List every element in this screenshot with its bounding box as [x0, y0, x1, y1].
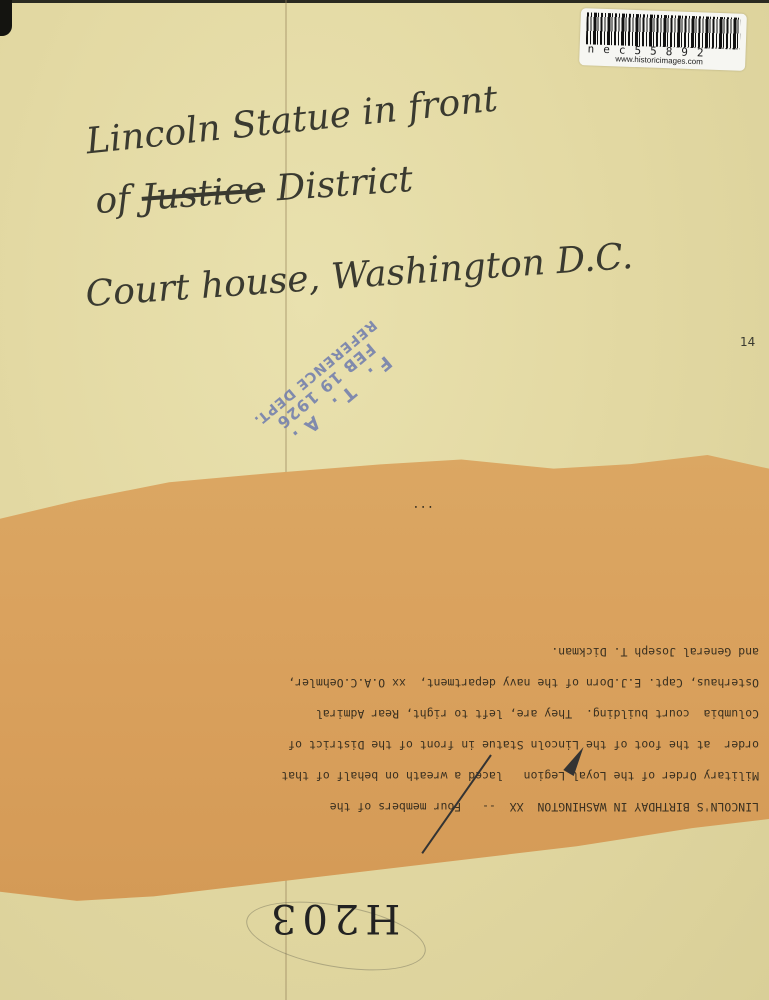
clipping-line: order at the foot of the Lincoln Statue … — [19, 729, 759, 760]
handwritten-caption-line1: Lincoln Statue in front — [84, 78, 500, 162]
reference-dept-stamp: F. T. A. FEB 19 1926 REFERENCE DEPT. — [250, 317, 405, 460]
barcode-label: nec55892 www.historicimages.com — [579, 8, 747, 71]
clipping-text-upside-down: LINCOLN'S BIRTHDAY IN WASHINGTON XX -- F… — [0, 455, 769, 910]
clipping-line: and General Joseph T. Dickman. — [19, 636, 759, 667]
document-page: nec55892 www.historicimages.com Lincoln … — [0, 0, 769, 1000]
barcode-site: www.historicimages.com — [615, 54, 703, 66]
file-number: H203 — [265, 895, 400, 941]
clipping-ellipsis: ... — [412, 494, 434, 525]
scan-corner — [0, 0, 12, 36]
handwritten-caption-line2: of Justice District — [94, 159, 414, 222]
clipping-line: LINCOLN'S BIRTHDAY IN WASHINGTON XX -- F… — [19, 791, 759, 822]
newspaper-clipping: LINCOLN'S BIRTHDAY IN WASHINGTON XX -- F… — [0, 455, 769, 910]
caption-prefix: of — [94, 178, 143, 222]
scan-edge — [0, 0, 769, 3]
page-mark: 14 — [740, 335, 755, 349]
caption-struck-word: Justice — [140, 169, 266, 219]
handwritten-caption-line3: Court house, Washington D.C. — [84, 236, 634, 315]
clipping-line: Osterhaus, Capt. E.J.Dorn of the navy de… — [19, 667, 759, 698]
clipping-line: Columbia court building. They are, left … — [19, 698, 759, 729]
clipping-line: Military Order of the Loyal Legion laced… — [19, 760, 759, 791]
